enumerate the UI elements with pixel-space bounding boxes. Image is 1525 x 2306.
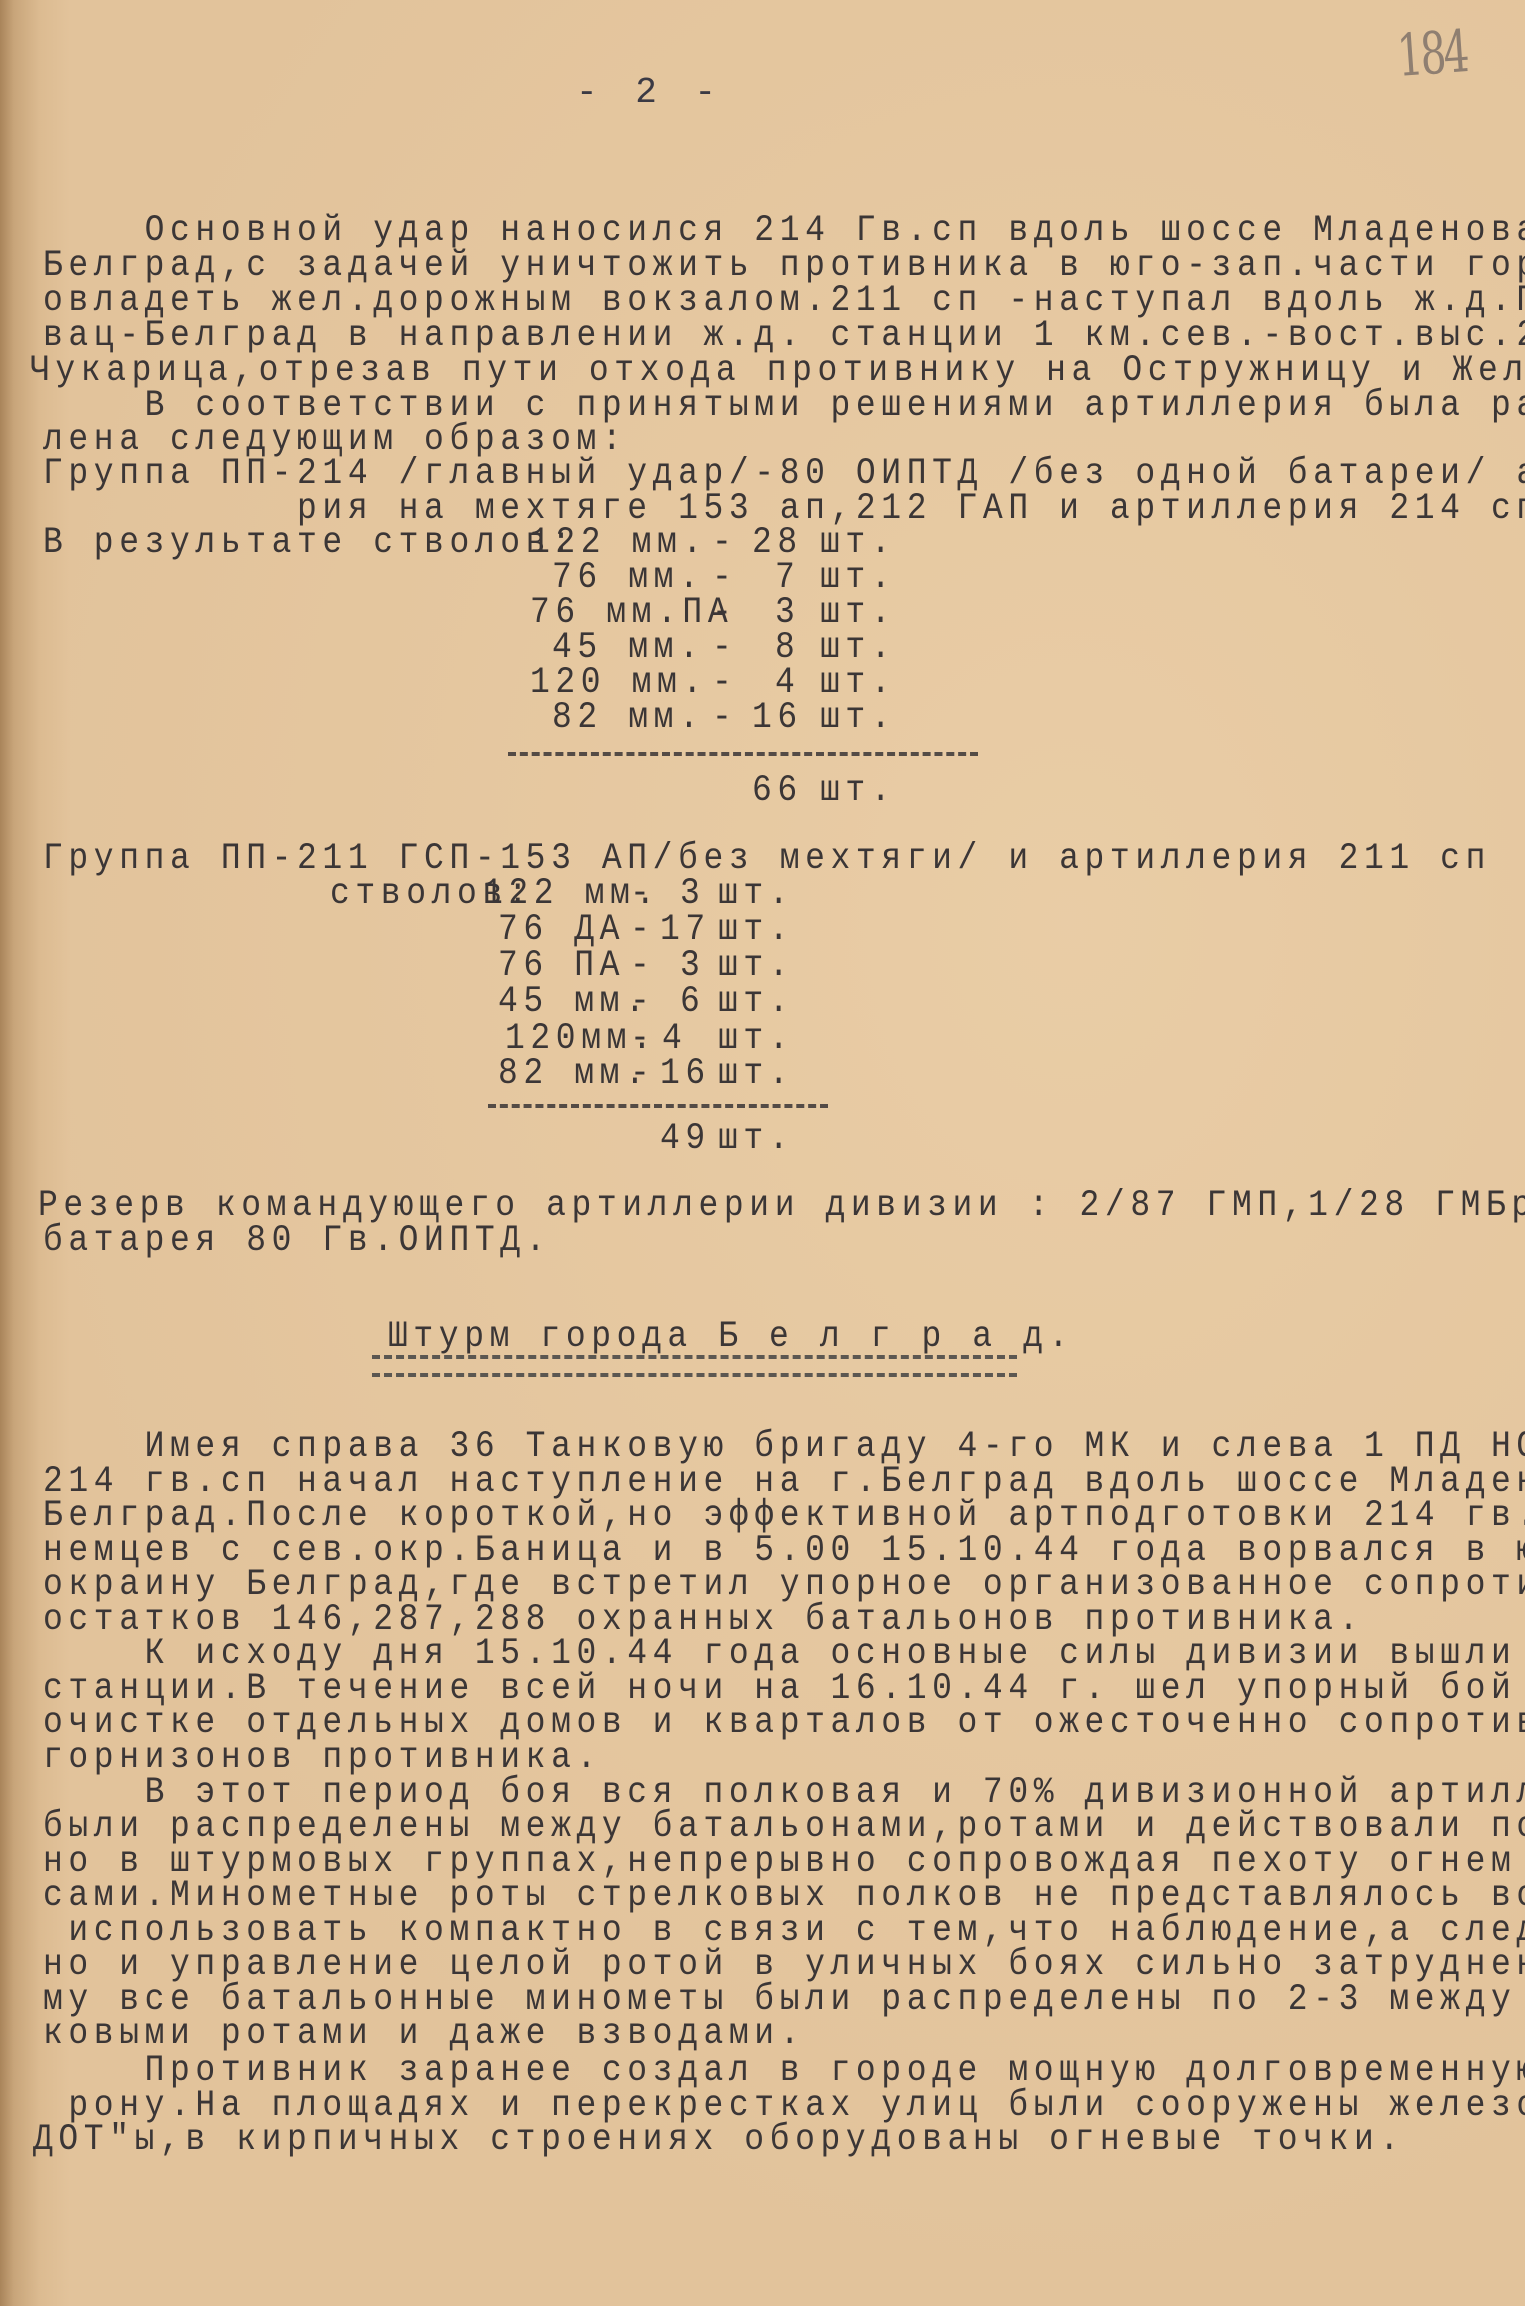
count: 16 — [752, 699, 803, 737]
count: 3 — [680, 947, 705, 985]
unit: шт. — [718, 875, 794, 913]
count: 17 — [660, 911, 711, 949]
sum-divider — [508, 752, 978, 756]
unit: шт. — [718, 911, 794, 949]
section-heading: Штурм города Б е л г р а д. — [388, 1318, 1074, 1356]
total-count: 49 — [660, 1120, 711, 1158]
caliber: 82 мм. — [552, 699, 704, 737]
total-unit: шт. — [820, 772, 896, 810]
group-label: В результате стволов: — [43, 524, 576, 562]
total-unit: шт. — [718, 1120, 794, 1158]
total-count: 66 — [752, 772, 803, 810]
caliber: 82 мм. — [498, 1055, 650, 1093]
heading-underline — [372, 1355, 1017, 1377]
count: 3 — [680, 875, 705, 913]
caliber: 76 ДА — [498, 911, 625, 949]
handwritten-folio-number: 184 — [1395, 17, 1469, 90]
text-line: ДОТ"ы,в кирпичных строениях оборудованы … — [33, 2121, 1405, 2159]
caliber: 45 мм. — [498, 983, 650, 1021]
page-number: - 2 - — [576, 72, 724, 113]
dash: - — [630, 947, 655, 985]
dash: - — [712, 699, 737, 737]
dash: - — [630, 983, 655, 1021]
text-line: батарея 80 Гв.ОИПТД. — [43, 1222, 551, 1260]
count: 6 — [680, 983, 705, 1021]
sum-divider — [488, 1104, 828, 1108]
dash: - — [630, 1055, 655, 1093]
text-line: ковыми ротами и даже взводами. — [43, 2015, 805, 2053]
dash: - — [630, 911, 655, 949]
unit: шт. — [820, 699, 896, 737]
unit: шт. — [718, 1055, 794, 1093]
unit: шт. — [718, 983, 794, 1021]
dash: - — [630, 875, 655, 913]
unit: шт. — [718, 947, 794, 985]
caliber: 76 ПА — [498, 947, 625, 985]
count: 16 — [660, 1055, 711, 1093]
